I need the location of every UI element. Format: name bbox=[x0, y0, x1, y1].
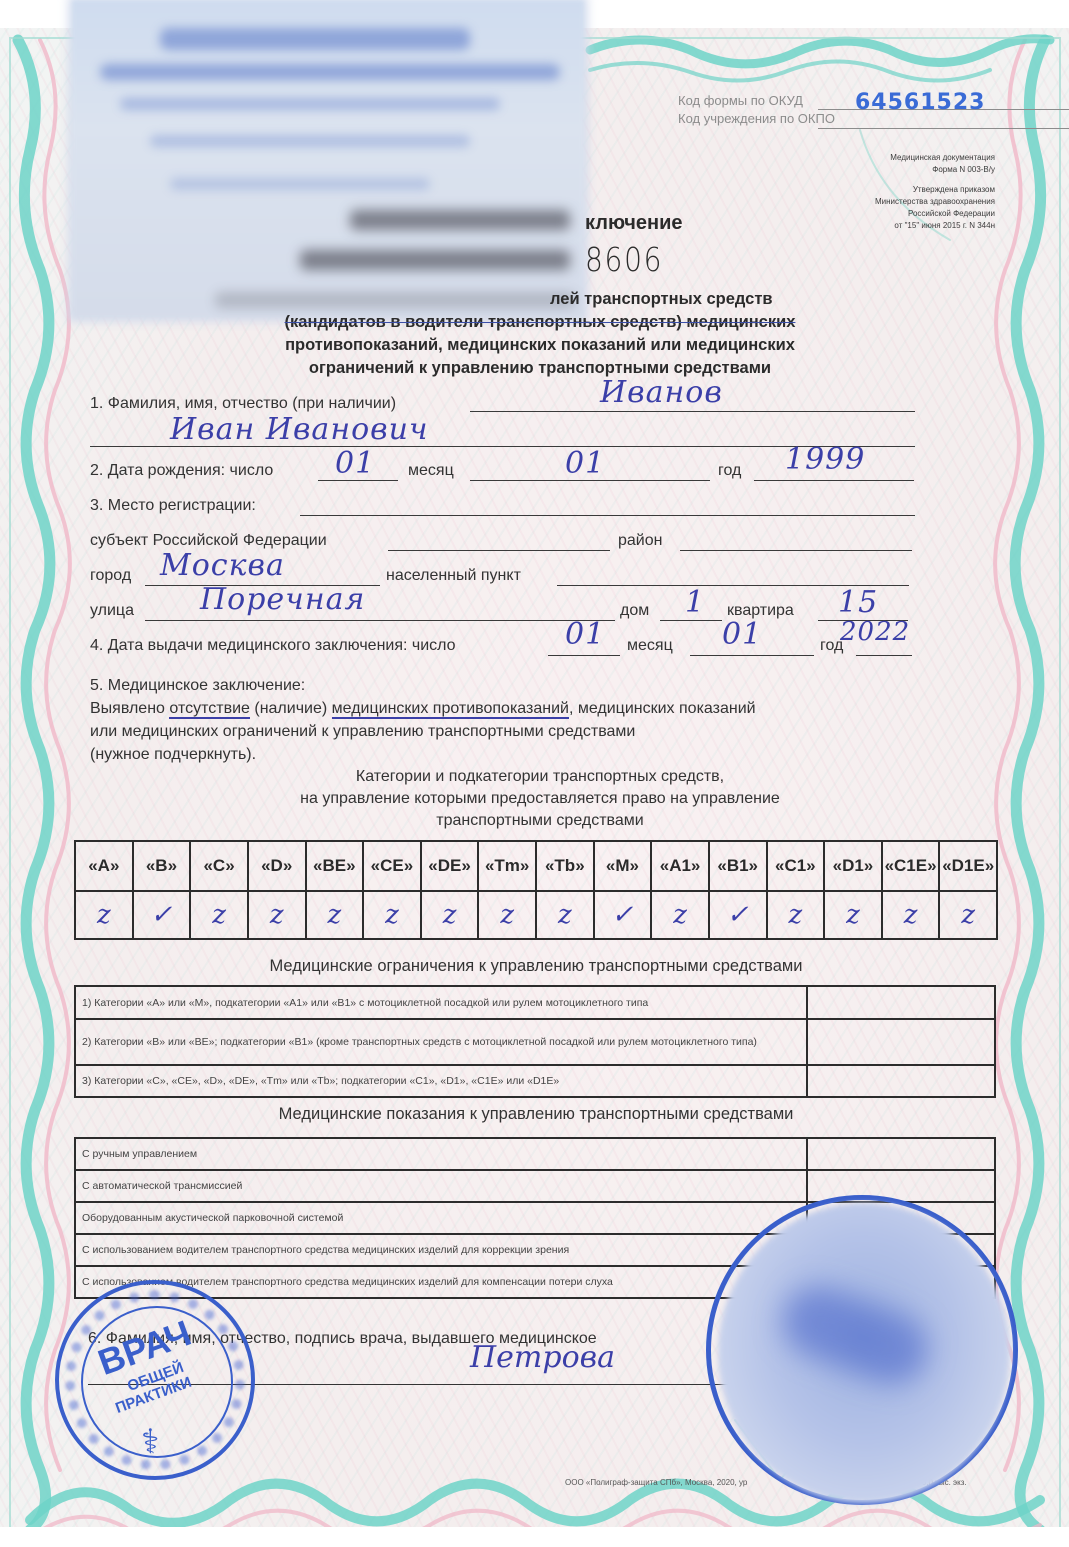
restrictions-checkbox-cell[interactable] bbox=[807, 1065, 995, 1097]
issue-date-label: 4. Дата выдачи медицинского заключения: … bbox=[90, 637, 456, 655]
okpo-line bbox=[818, 128, 1069, 129]
form-note-line: от "15" июня 2015 г. N 344н bbox=[875, 220, 995, 232]
city-label: город bbox=[90, 567, 131, 585]
category-header: «A1» bbox=[651, 841, 709, 891]
subtitle-line: (кандидатов в водители транспортных сред… bbox=[190, 311, 890, 334]
restrictions-text: 2) Категории «B» или «BE»; подкатегории … bbox=[75, 1019, 807, 1065]
category-header: «C1E» bbox=[882, 841, 940, 891]
category-header: «A» bbox=[75, 841, 133, 891]
indications-text: Оборудованным акустической парковочной с… bbox=[75, 1202, 807, 1234]
redacted-line bbox=[170, 178, 430, 190]
category-mark[interactable]: z bbox=[306, 891, 364, 939]
document-serial-number: 8606 bbox=[585, 240, 663, 279]
subject-field[interactable] bbox=[388, 550, 610, 551]
indications-text: С автоматической трансмиссией bbox=[75, 1170, 807, 1202]
settlement-label: населенный пункт bbox=[386, 567, 521, 585]
form-note-line: Утверждена приказом bbox=[875, 184, 995, 196]
category-mark[interactable]: ✓ bbox=[709, 891, 767, 939]
street-label: улица bbox=[90, 602, 134, 620]
indications-text: С использованием водителем транспортного… bbox=[75, 1234, 807, 1266]
restrictions-checkbox-cell[interactable] bbox=[807, 1019, 995, 1065]
doctor-signature[interactable]: Петрова bbox=[470, 1340, 615, 1375]
okud-block: Код формы по ОКУД Код учреждения по ОКПО bbox=[678, 92, 835, 128]
category-header: «B» bbox=[133, 841, 191, 891]
dob-day-value[interactable]: 01 bbox=[335, 446, 375, 481]
restrictions-text: 3) Категории «C», «CE», «D», «DE», «Tm» … bbox=[75, 1065, 807, 1097]
apt-value[interactable]: 15 bbox=[838, 585, 878, 620]
option-absent-underlined[interactable]: отсутствие bbox=[169, 700, 250, 719]
contraindications-underlined: медицинских противопоказаний bbox=[332, 700, 569, 719]
category-header: «C1» bbox=[767, 841, 825, 891]
issue-month-value[interactable]: 01 bbox=[722, 617, 762, 652]
category-header: «DE» bbox=[421, 841, 479, 891]
conclusion-line-2: или медицинских ограничений к управлению… bbox=[90, 720, 756, 743]
conclusion-suffix: , медицинских показаний bbox=[569, 700, 756, 717]
dob-month-value[interactable]: 01 bbox=[565, 446, 605, 481]
city-value[interactable]: Москва bbox=[160, 548, 285, 583]
category-header: «B1» bbox=[709, 841, 767, 891]
categories-title: Категории и подкатегории транспортных ср… bbox=[180, 766, 900, 832]
conclusion-prefix: Выявлено bbox=[90, 700, 165, 717]
indications-text: С ручным управлением bbox=[75, 1138, 807, 1170]
option-present[interactable]: (наличие) bbox=[254, 700, 327, 717]
surname-line bbox=[470, 411, 915, 412]
dob-year-line bbox=[754, 480, 914, 481]
scan-margin-bottom bbox=[0, 1527, 1069, 1547]
categories-title-line: транспортными средствами bbox=[180, 810, 900, 832]
category-header: «CE» bbox=[363, 841, 421, 891]
category-mark[interactable]: z bbox=[248, 891, 306, 939]
restrictions-row: 1) Категории «A» или «M», подкатегории «… bbox=[75, 986, 995, 1019]
district-label: район bbox=[618, 532, 662, 550]
issue-month-label: месяц bbox=[627, 637, 673, 655]
dob-year-label: год bbox=[718, 462, 741, 480]
issue-month-line bbox=[690, 655, 814, 656]
category-mark[interactable]: z bbox=[824, 891, 882, 939]
categories-title-line: на управление которыми предоставляется п… bbox=[180, 788, 900, 810]
registration-label: 3. Место регистрации: bbox=[90, 497, 256, 515]
dob-label: 2. Дата рождения: число bbox=[90, 462, 273, 480]
okpo-label: Код учреждения по ОКПО bbox=[678, 110, 835, 128]
registration-line bbox=[300, 515, 915, 516]
fio-label: 1. Фамилия, имя, отчество (при наличии) bbox=[90, 395, 396, 413]
dob-year-value[interactable]: 1999 bbox=[785, 442, 865, 477]
category-header: «D» bbox=[248, 841, 306, 891]
category-mark[interactable]: z bbox=[939, 891, 997, 939]
form-note-line: Министерства здравоохранения bbox=[875, 196, 995, 208]
category-mark[interactable]: ✓ bbox=[133, 891, 191, 939]
category-header: «C» bbox=[190, 841, 248, 891]
indications-title: Медицинские показания к управлению транс… bbox=[74, 1105, 998, 1124]
okpo-code-stamp: 64561523 bbox=[855, 90, 985, 115]
doctor-stamp: ВРАЧ ОБЩЕЙ ПРАКТИКИ ⚕ bbox=[55, 1280, 255, 1480]
category-mark[interactable]: z bbox=[190, 891, 248, 939]
category-mark[interactable]: z bbox=[651, 891, 709, 939]
name-patronymic-value[interactable]: Иван Иванович bbox=[170, 412, 429, 447]
category-header: «D1» bbox=[824, 841, 882, 891]
indications-row: С ручным управлением bbox=[75, 1138, 995, 1170]
category-header: «M» bbox=[594, 841, 652, 891]
category-mark[interactable]: z bbox=[882, 891, 940, 939]
issue-day-line bbox=[548, 655, 620, 656]
printer-name: ООО «Полиграф-защита СПб», Москва, 2020,… bbox=[565, 1478, 747, 1487]
category-mark[interactable]: z bbox=[75, 891, 133, 939]
redacted-line bbox=[100, 64, 560, 80]
issue-year-line bbox=[856, 655, 912, 656]
restrictions-checkbox-cell[interactable] bbox=[807, 986, 995, 1019]
restrictions-text: 1) Категории «A» или «M», подкатегории «… bbox=[75, 986, 807, 1019]
form-note-line: Форма N 003-В/у bbox=[875, 164, 995, 176]
restrictions-row: 3) Категории «C», «CE», «D», «DE», «Tm» … bbox=[75, 1065, 995, 1097]
indications-checkbox-cell[interactable] bbox=[807, 1138, 995, 1170]
surname-value[interactable]: Иванов bbox=[600, 375, 723, 410]
category-header: «D1E» bbox=[939, 841, 997, 891]
category-header: «Tb» bbox=[536, 841, 594, 891]
house-line bbox=[660, 620, 722, 621]
category-mark[interactable]: z bbox=[767, 891, 825, 939]
category-mark[interactable]: z bbox=[478, 891, 536, 939]
redacted-line bbox=[150, 135, 470, 147]
form-note: Медицинская документация Форма N 003-В/у… bbox=[875, 152, 995, 232]
street-line bbox=[145, 620, 615, 621]
category-header: «Tm» bbox=[478, 841, 536, 891]
redacted-title bbox=[350, 210, 570, 230]
medical-conclusion: 5. Медицинское заключение: Выявлено отсу… bbox=[90, 674, 756, 766]
document-subtitle: лей транспортных средств (кандидатов в в… bbox=[190, 288, 890, 380]
conclusion-line-1: Выявлено отсутствие (наличие) медицински… bbox=[90, 697, 756, 720]
redacted-line bbox=[160, 28, 470, 50]
category-header: «BE» bbox=[306, 841, 364, 891]
conclusion-line-3: (нужное подчеркнуть). bbox=[90, 743, 756, 766]
form-note-line: Российской Федерации bbox=[875, 208, 995, 220]
form-note-line: Медицинская документация bbox=[875, 152, 995, 164]
categories-header-row: «A»«B»«C»«D»«BE»«CE»«DE»«Tm»«Tb»«M»«A1»«… bbox=[75, 841, 997, 891]
house-value[interactable]: 1 bbox=[685, 585, 705, 620]
categories-title-line: Категории и подкатегории транспортных ср… bbox=[180, 766, 900, 788]
district-field[interactable] bbox=[680, 550, 912, 551]
house-label: дом bbox=[620, 602, 649, 620]
category-mark[interactable]: z bbox=[536, 891, 594, 939]
subtitle-line: ограничений к управлению транспортными с… bbox=[190, 357, 890, 380]
category-mark[interactable]: z bbox=[421, 891, 479, 939]
issue-year-value[interactable]: 2022 bbox=[840, 617, 910, 647]
dob-month-label: месяц bbox=[408, 462, 454, 480]
caduceus-icon: ⚕ bbox=[141, 1422, 159, 1462]
issue-day-value[interactable]: 01 bbox=[565, 617, 605, 652]
restrictions-table: 1) Категории «A» или «M», подкатегории «… bbox=[74, 985, 996, 1098]
category-mark[interactable]: z bbox=[363, 891, 421, 939]
okud-label: Код формы по ОКУД bbox=[678, 92, 835, 110]
category-mark[interactable]: ✓ bbox=[594, 891, 652, 939]
categories-marks-row: z✓zzzzzzz✓z✓zzzz bbox=[75, 891, 997, 939]
subtitle-line: лей транспортных средств bbox=[190, 288, 890, 311]
street-value[interactable]: Поречная bbox=[200, 582, 365, 617]
redacted-line bbox=[120, 98, 500, 110]
restrictions-title: Медицинские ограничения к управлению тра… bbox=[74, 957, 998, 976]
conclusion-heading: 5. Медицинское заключение: bbox=[90, 674, 756, 697]
subtitle-line: противопоказаний, медицинских показаний … bbox=[190, 334, 890, 357]
categories-table: «A»«B»«C»«D»«BE»«CE»«DE»«Tm»«Tb»«M»«A1»«… bbox=[74, 840, 998, 940]
redacted-series bbox=[300, 250, 570, 270]
restrictions-row: 2) Категории «B» или «BE»; подкатегории … bbox=[75, 1019, 995, 1065]
document-title: ключение bbox=[585, 212, 683, 235]
